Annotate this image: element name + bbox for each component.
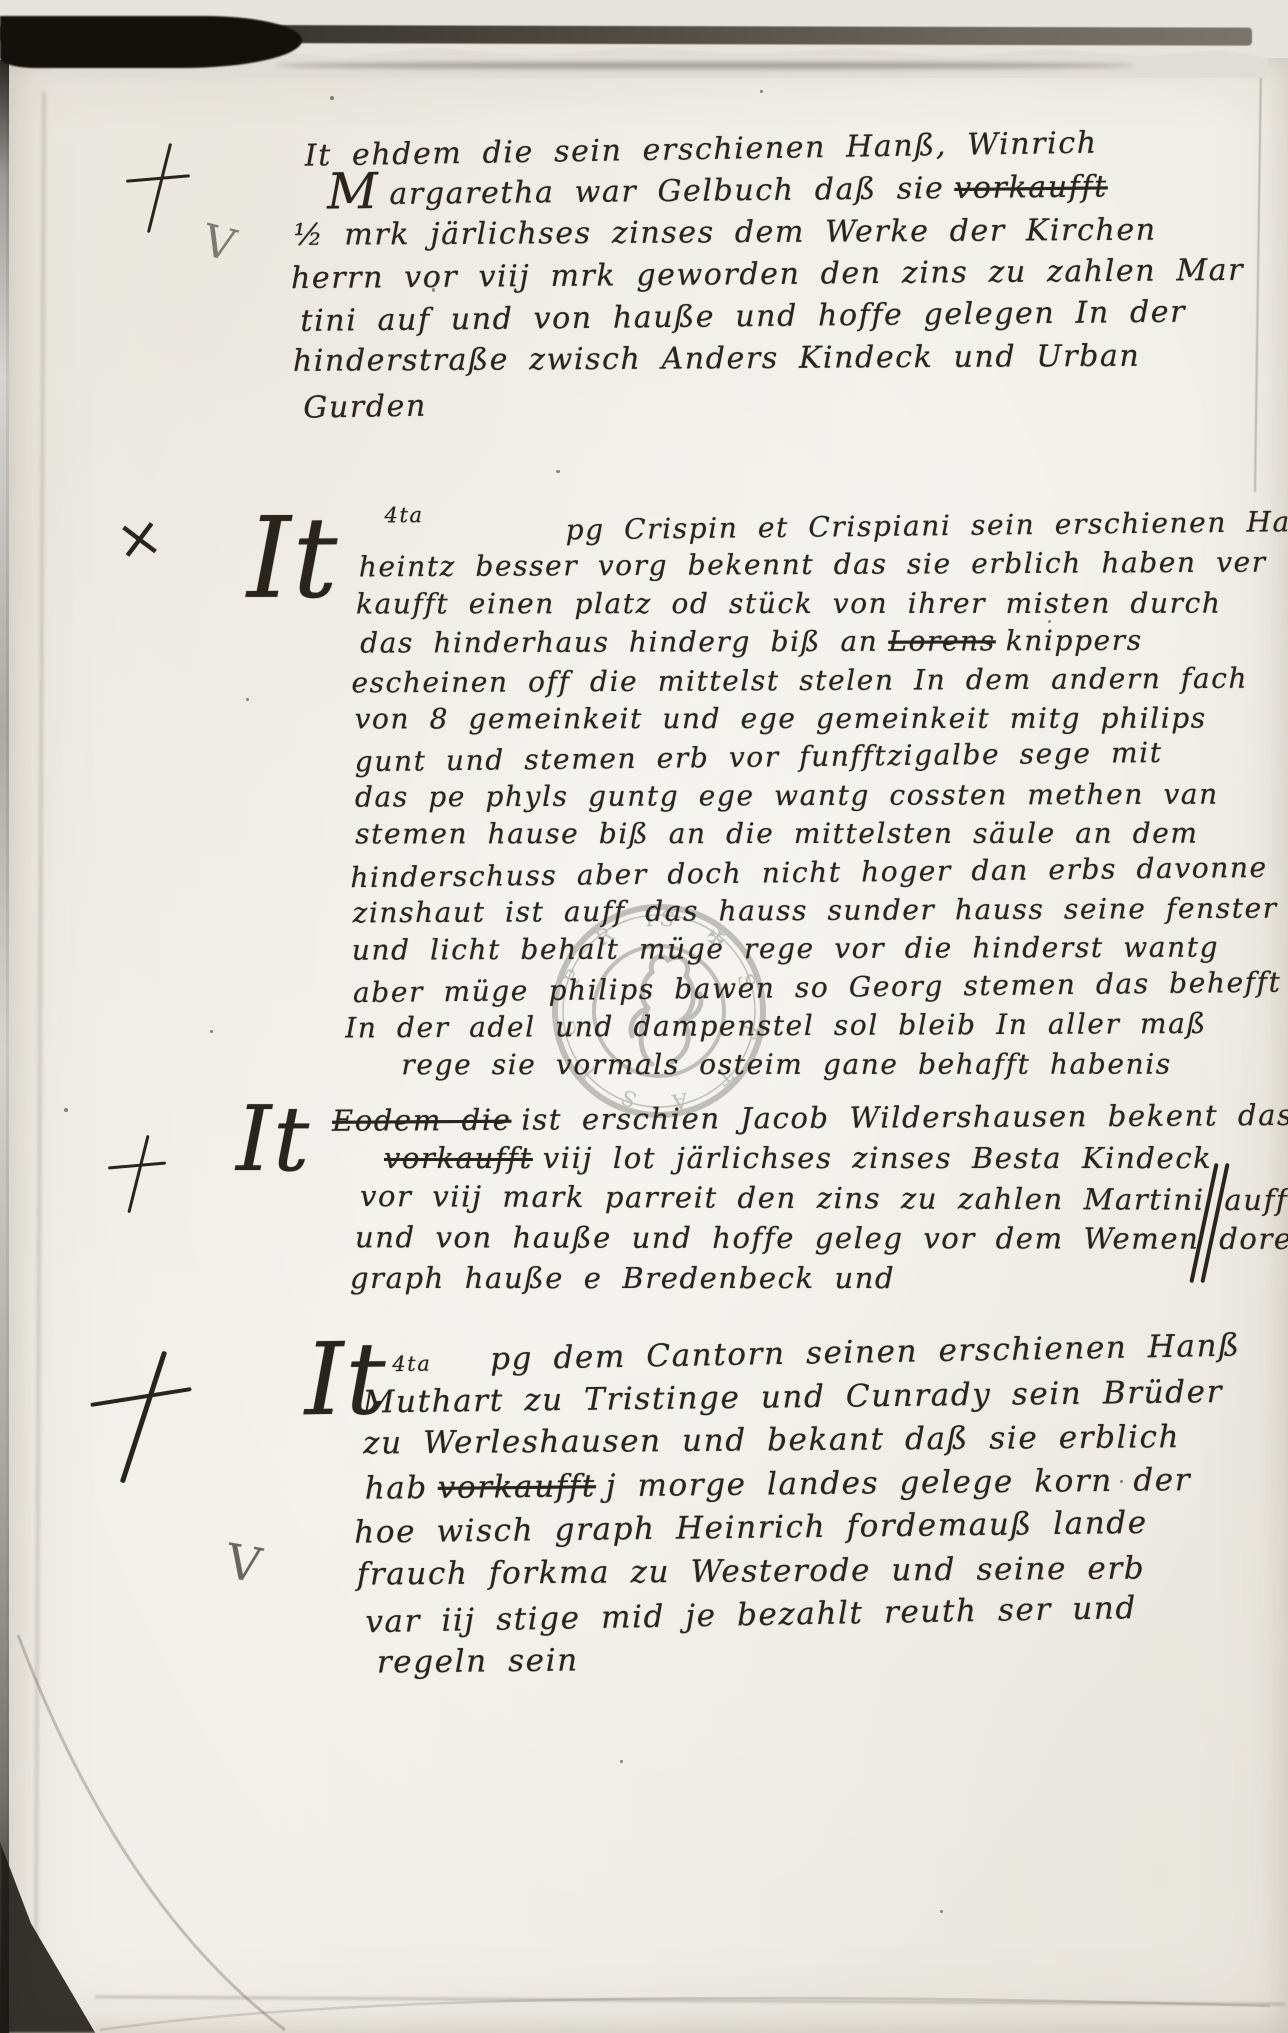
paragraph-lines: It ehdem die sein erschienen Hanß, Winri… — [286, 123, 1239, 427]
paragraph-initial: It — [247, 514, 340, 604]
manuscript-line: und licht behalt müge rege vor die hinde… — [352, 929, 1266, 971]
ink-speck — [432, 288, 435, 292]
manuscript-line: das pe phyls guntg ege wantg cossten met… — [355, 775, 1265, 817]
text-segment: kaufft einen platz od stück von ihrer mi… — [356, 586, 1222, 620]
manuscript-line: Eodem dieist erschien Jacob Wildershause… — [332, 1095, 1252, 1141]
text-segment: Eodem die — [332, 1103, 512, 1138]
text-segment: graph hauße e Bredenbeck und — [350, 1261, 895, 1295]
text-segment: Gurden — [303, 389, 427, 426]
text-segment: von 8 gemeinkeit und ege gemeinkeit mitg… — [355, 702, 1207, 736]
manuscript-line: pg Crispin et Crispiani sein erschienen … — [565, 503, 1260, 549]
ink-speck — [1048, 620, 1051, 623]
text-segment: knippers — [1006, 624, 1143, 657]
text-segment: hinderstraße zwisch Anders Kindeck und U… — [293, 339, 1141, 379]
text-segment: zinshaut ist auff das hauss sunder hauss… — [353, 892, 1278, 930]
binding-corner — [0, 16, 302, 68]
manuscript-paragraph: ItEodem dieist erschien Jacob Wildershau… — [322, 1098, 1252, 1298]
text-segment: In der adel und dampenstel sol bleib In … — [345, 1007, 1207, 1045]
ink-speck — [760, 90, 763, 93]
text-segment: viij lot järlichses zinses Besta Kindeck — [543, 1141, 1213, 1175]
ink-speck — [246, 698, 249, 701]
manuscript-line: von 8 gemeinkeit und ege gemeinkeit mitg… — [355, 700, 1262, 739]
text-segment: das pe phyls guntg ege wantg cossten met… — [355, 777, 1219, 813]
ink-speck — [940, 1910, 943, 1913]
text-segment: tini auf und von hauße und hoffe gelegen… — [300, 295, 1186, 339]
text-segment: und von hauße und hoffe geleg vor dem We… — [355, 1220, 1288, 1256]
manuscript-line: vorkaufftviij lot järlichses zinses Best… — [384, 1138, 1252, 1178]
manuscript-paragraph: It ehdem die sein erschienen Hanß, Winri… — [286, 123, 1239, 427]
binding-left-edge — [0, 60, 9, 2033]
cross-stroke — [147, 143, 172, 233]
text-segment: vor viij mark parreit den zins zu zahlen… — [360, 1179, 1288, 1217]
edge-shadow — [275, 62, 1135, 69]
manuscript-line: zu Werleshausen und bekant daß sie erbli… — [363, 1415, 1261, 1466]
text-segment: gunt und stemen erb vor funfftzigalbe se… — [355, 736, 1163, 778]
margin-mark-x: × — [112, 503, 168, 574]
ink-speck — [210, 1030, 213, 1033]
manuscript-line: heintz besser vorg bekennt das sie erbli… — [359, 544, 1261, 587]
manuscript-line: rege sie vormals osteim gane behafft hab… — [401, 1045, 1263, 1084]
manuscript-paragraph: It4tapg Crispin et Crispiani sein erschi… — [350, 506, 1263, 1087]
text-segment: argaretha war Gelbuch daß sie — [389, 171, 944, 212]
margin-mark-cross-large — [90, 1348, 192, 1486]
manuscript-line: herrn vor viij mrk geworden den zins zu … — [291, 250, 1241, 300]
text-segment: pg dem Cantorn seinen erschienen Hanß — [490, 1328, 1241, 1378]
text-segment: und licht behalt müge rege vor die hinde… — [352, 931, 1219, 967]
text-segment: vorkaufft — [384, 1141, 533, 1175]
text-segment: It ehdem die sein erschienen Hanß, Winri… — [304, 125, 1097, 173]
ink-speck — [620, 1760, 623, 1763]
manuscript-line: und von hauße und hoffe geleg vor dem We… — [355, 1217, 1255, 1259]
text-segment: var iij stige mid je bezahlt reuth ser u… — [365, 1590, 1137, 1640]
text-segment: ist erschien Jacob Wildershausen bekent … — [521, 1098, 1288, 1137]
text-segment: pg Crispin et Crispiani sein erschienen … — [565, 505, 1288, 547]
text-segment: ½ mrk järlichses zinses dem Werke der Ki… — [293, 213, 1156, 253]
paragraph-lines: pg dem Cantorn seinen erschienen HanßMut… — [360, 1327, 1264, 1686]
text-segment: hoe wisch graph Heinrich fordemauß lande — [354, 1505, 1148, 1551]
manuscript-paragraph: It4tapg dem Cantorn seinen erschienen Ha… — [360, 1327, 1264, 1686]
text-segment: frauch forkma zu Westerode und seine erb — [357, 1550, 1146, 1592]
manuscript-line: regeln sein — [377, 1632, 1267, 1685]
manuscript-line: graph hauße e Bredenbeck und — [350, 1258, 1252, 1298]
manuscript-line: stemen hause biß an die mittelsten säule… — [355, 815, 1262, 854]
ink-speck — [1120, 1480, 1123, 1483]
ink-speck — [556, 470, 560, 473]
text-segment: stemen hause biß an die mittelsten säule… — [355, 817, 1198, 851]
ink-speck — [64, 1108, 68, 1112]
pen-flourish — [1202, 1162, 1228, 1284]
margin-mark-cross — [126, 142, 190, 234]
manuscript-line: kaufft einen platz od stück von ihrer mi… — [356, 584, 1261, 623]
text-segment: heintz besser vorg bekennt das sie erbli… — [359, 546, 1267, 584]
manuscript-line: In der adel und dampenstel sol bleib In … — [345, 1005, 1263, 1048]
cross-stroke — [120, 1351, 167, 1484]
text-segment: vorkaufft — [438, 1468, 596, 1506]
text-segment: M — [327, 191, 379, 192]
text-segment: escheinen off die mittelst stelen In dem… — [351, 661, 1248, 699]
manuscript-photo: S ✠ S E T A S I G P R I E S It ehdem die… — [0, 0, 1288, 2033]
text-segment: zu Werleshausen und bekant daß sie erbli… — [363, 1419, 1180, 1461]
text-segment: hinderschuss aber doch nicht hoger dan e… — [350, 850, 1288, 894]
text-segment: das hinderhaus hinderg biß an — [360, 625, 878, 660]
manuscript-line: zinshaut ist auff das hauss sunder hauss… — [353, 890, 1263, 933]
manuscript-line: habvorkaufftj morge landes gelege korn d… — [365, 1458, 1265, 1511]
paragraph-lines: Eodem dieist erschien Jacob Wildershause… — [322, 1098, 1252, 1298]
cross-stroke — [127, 1135, 149, 1213]
ink-speck — [330, 96, 334, 100]
text-segment: Lorens — [888, 625, 996, 658]
cross-stroke — [108, 1162, 166, 1170]
manuscript-line: das hinderhaus hinderg biß anLorensknipp… — [360, 622, 1264, 664]
text-segment: hab — [365, 1470, 428, 1507]
manuscript-line: ½ mrk järlichses zinses dem Werke der Ki… — [293, 209, 1237, 257]
text-segment: aber müge philips bawen so Georg stemen … — [353, 966, 1282, 1010]
cross-stroke — [90, 1387, 191, 1407]
text-segment: j morge landes gelege korn der — [606, 1462, 1192, 1504]
cross-stroke — [126, 174, 190, 183]
margin-mark-cross — [108, 1134, 166, 1214]
text-segment: vorkaufft — [954, 169, 1108, 206]
text-segment: regeln sein — [377, 1642, 579, 1680]
paragraph-lines: pg Crispin et Crispiani sein erschienen … — [350, 506, 1263, 1087]
text-segment: rege sie vormals osteim gane behafft hab… — [401, 1047, 1171, 1081]
manuscript-line: escheinen off die mittelst stelen In dem… — [351, 659, 1261, 702]
paragraph-initial: It — [236, 1104, 311, 1176]
manuscript-line: vor viij mark parreit den zins zu zahlen… — [360, 1176, 1252, 1220]
manuscript-line: gunt und stemen erb vor funfftzigalbe se… — [355, 733, 1262, 782]
